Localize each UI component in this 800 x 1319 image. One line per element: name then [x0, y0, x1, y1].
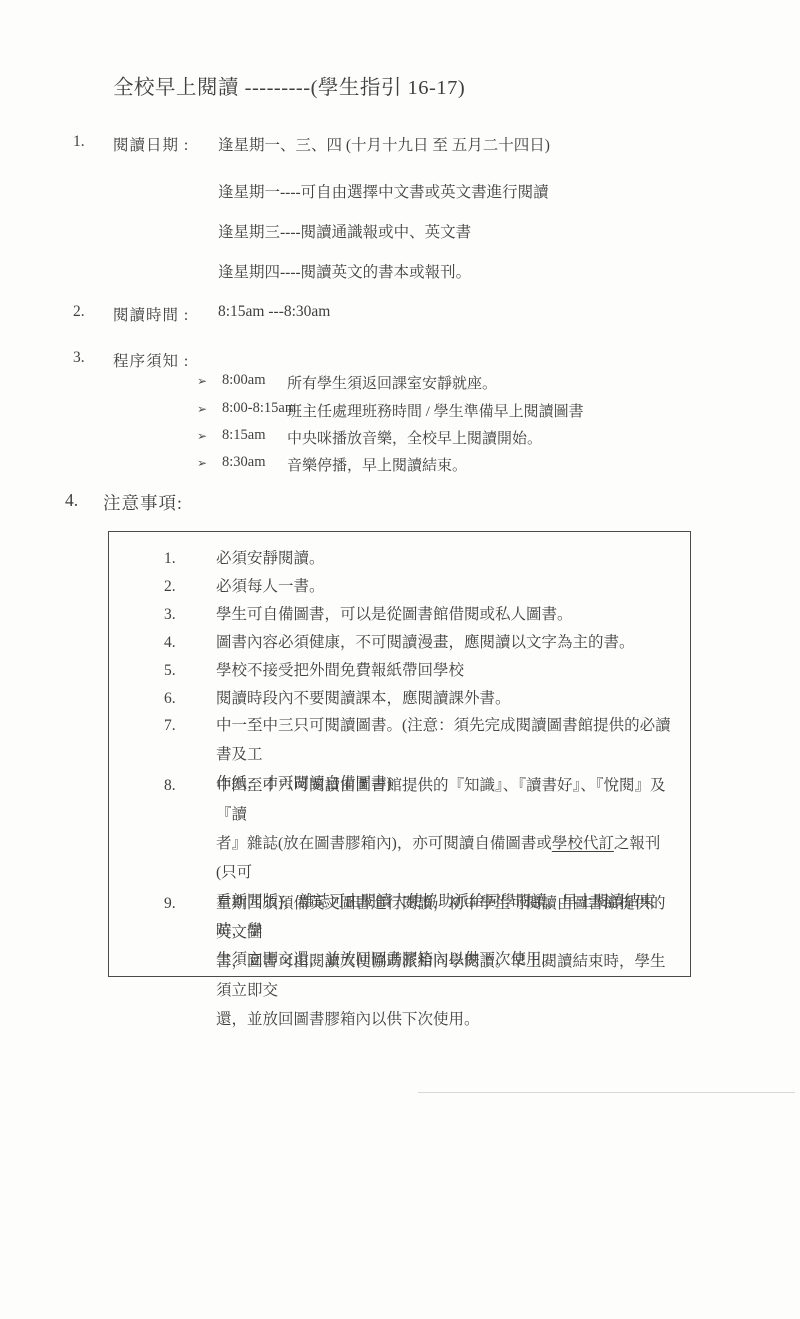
reading-date-detail: 逢星期一----可自由選擇中文書或英文書進行閱讀 [218, 180, 549, 202]
schedule-desc: 音樂停播，早上閱讀結束。 [287, 454, 467, 475]
note-text: 必須每人一書。 [216, 572, 674, 601]
scan-artifact-line [418, 1092, 795, 1093]
note-text: 必須安靜閱讀。 [216, 544, 674, 573]
section-label: 閱讀時間 : [113, 303, 189, 325]
schedule-time: 8:15am [222, 427, 266, 444]
note-number: 6. [164, 684, 216, 713]
section-number: 1. [73, 133, 85, 151]
note-text: 學校不接受把外間免費報紙帶回學校 [216, 656, 674, 685]
section-label: 閱讀日期 : [113, 133, 189, 155]
note-number: 1. [164, 544, 216, 573]
section-reading-date: 1. 閱讀日期 : 逢星期一、三、四 (十月十九日 至 五月二十四日) [0, 133, 800, 155]
arrow-bullet-icon: ➢ [197, 456, 207, 471]
note-number: 8. [164, 771, 216, 800]
note-text: 星期四須預備英文圖書進行閱讀，初中學生可閱讀由圖書館提供的英文圖 書，圖書可由閱… [216, 889, 674, 1034]
schedule-row: ➢ 8:00am 所有學生須返回課室安靜就座。 [197, 372, 757, 394]
schedule-row: ➢ 8:15am 中央咪播放音樂，全校早上閱讀開始。 [197, 427, 757, 449]
page-title: 全校早上閱讀 ---------(學生指引 16-17) [113, 70, 465, 100]
note-number: 2. [164, 572, 216, 601]
section-number: 3. [73, 349, 85, 367]
notes-box: 1. 必須安靜閱讀。 2. 必須每人一書。 3. 學生可自備圖書，可以是從圖書館… [108, 531, 691, 977]
schedule-desc: 所有學生須返回課室安靜就座。 [287, 372, 497, 393]
schedule-row: ➢ 8:30am 音樂停播，早上閱讀結束。 [197, 454, 757, 476]
note-item: 2. 必須每人一書。 [164, 572, 674, 601]
section-number: 4. [65, 490, 78, 511]
section-value: 8:15am ---8:30am [218, 303, 330, 321]
note-item: 1. 必須安靜閱讀。 [164, 544, 674, 573]
note-text: 學生可自備圖書，可以是從圖書館借閱或私人圖書。 [216, 600, 674, 629]
note-number: 5. [164, 656, 216, 685]
arrow-bullet-icon: ➢ [197, 402, 207, 417]
note-number: 7. [164, 711, 216, 740]
note-number: 4. [164, 628, 216, 657]
section-label: 程序須知 : [113, 349, 189, 371]
schedule-time: 8:00am [222, 372, 266, 389]
section-notes-heading: 4. 注意事項: [0, 490, 800, 514]
note-text: 閱讀時段內不要閱讀課本，應閱讀課外書。 [216, 684, 674, 713]
section-procedure: 3. 程序須知 : [0, 349, 800, 371]
arrow-bullet-icon: ➢ [197, 374, 207, 389]
schedule-time: 8:30am [222, 454, 266, 471]
note-item: 5. 學校不接受把外間免費報紙帶回學校 [164, 656, 674, 685]
section-number: 2. [73, 303, 85, 321]
note-item: 6. 閱讀時段內不要閱讀課本，應閱讀課外書。 [164, 684, 674, 713]
schedule-desc: 班主任處理班務時間 / 學生準備早上閱讀圖書 [287, 400, 584, 421]
schedule-row: ➢ 8:00-8:15am 班主任處理班務時間 / 學生準備早上閱讀圖書 [197, 400, 757, 422]
reading-date-detail: 逢星期三----閱讀通識報或中、英文書 [218, 220, 471, 242]
arrow-bullet-icon: ➢ [197, 429, 207, 444]
schedule-desc: 中央咪播放音樂，全校早上閱讀開始。 [287, 427, 542, 448]
section-label: 注意事項: [103, 490, 183, 515]
note-number: 3. [164, 600, 216, 629]
note-number: 9. [164, 889, 216, 918]
note-item: 9. 星期四須預備英文圖書進行閱讀，初中學生可閱讀由圖書館提供的英文圖 書，圖書… [164, 889, 674, 1034]
schedule-time: 8:00-8:15am [222, 400, 296, 417]
underlined-text: 學校代訂 [552, 835, 614, 852]
note-text: 圖書內容必須健康，不可閱讀漫畫，應閱讀以文字為主的書。 [216, 628, 674, 657]
note-item: 3. 學生可自備圖書，可以是從圖書館借閱或私人圖書。 [164, 600, 674, 629]
section-reading-time: 2. 閱讀時間 : 8:15am ---8:30am [0, 303, 800, 325]
note-item: 4. 圖書內容必須健康，不可閱讀漫畫，應閱讀以文字為主的書。 [164, 628, 674, 657]
reading-date-detail: 逢星期四----閱讀英文的書本或報刊。 [218, 260, 471, 282]
section-value: 逢星期一、三、四 (十月十九日 至 五月二十四日) [218, 133, 550, 155]
document-page: 全校早上閱讀 ---------(學生指引 16-17) 1. 閱讀日期 : 逢… [0, 0, 800, 1319]
